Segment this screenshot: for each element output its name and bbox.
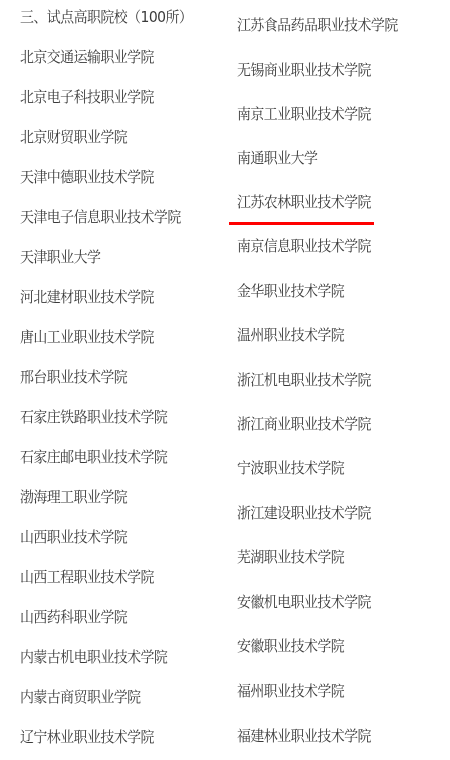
list-item: 安徽机电职业技术学院 <box>237 592 371 612</box>
section-heading: 三、试点高职院校（100所） <box>20 7 192 27</box>
list-item: 福建林业职业技术学院 <box>237 726 371 746</box>
list-item: 天津中德职业技术学院 <box>20 167 154 187</box>
list-item: 石家庄铁路职业技术学院 <box>20 407 167 427</box>
list-item: 金华职业技术学院 <box>237 281 344 301</box>
highlighted-list-item: 江苏农林职业技术学院 <box>237 192 371 212</box>
list-item: 山西药科职业学院 <box>20 607 127 627</box>
list-item: 温州职业技术学院 <box>237 325 344 345</box>
list-item: 南通职业大学 <box>237 148 317 168</box>
list-item: 无锡商业职业技术学院 <box>237 60 371 80</box>
list-item: 南京工业职业技术学院 <box>237 104 371 124</box>
list-item: 江苏食品药品职业技术学院 <box>237 15 398 35</box>
list-item: 河北建材职业技术学院 <box>20 287 154 307</box>
list-item: 宁波职业技术学院 <box>237 458 344 478</box>
list-item: 山西工程职业技术学院 <box>20 567 154 587</box>
list-item: 山西职业技术学院 <box>20 527 127 547</box>
list-item: 浙江建设职业技术学院 <box>237 503 371 523</box>
list-item: 内蒙古机电职业技术学院 <box>20 647 167 667</box>
list-item: 北京电子科技职业学院 <box>20 87 154 107</box>
list-item: 邢台职业技术学院 <box>20 367 127 387</box>
list-item: 安徽职业技术学院 <box>237 636 344 656</box>
list-item: 渤海理工职业学院 <box>20 487 127 507</box>
list-item: 天津职业大学 <box>20 247 100 267</box>
list-item: 芜湖职业技术学院 <box>237 547 344 567</box>
list-item: 福州职业技术学院 <box>237 681 344 701</box>
list-item: 浙江商业职业技术学院 <box>237 414 371 434</box>
list-item: 天津电子信息职业技术学院 <box>20 207 181 227</box>
list-item: 浙江机电职业技术学院 <box>237 370 371 390</box>
list-item: 北京财贸职业学院 <box>20 127 127 147</box>
list-item: 石家庄邮电职业技术学院 <box>20 447 167 467</box>
list-item: 辽宁林业职业技术学院 <box>20 727 154 747</box>
list-item: 南京信息职业技术学院 <box>237 236 371 256</box>
red-underline-highlight <box>229 222 374 225</box>
list-item: 唐山工业职业技术学院 <box>20 327 154 347</box>
list-item: 内蒙古商贸职业学院 <box>20 687 141 707</box>
list-item: 北京交通运输职业学院 <box>20 47 154 67</box>
